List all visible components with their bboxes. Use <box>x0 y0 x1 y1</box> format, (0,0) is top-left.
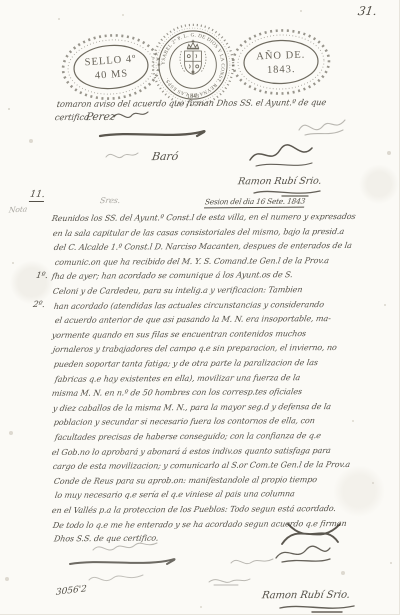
signature-secretary-bottom: Ramon Rubí Srio. <box>261 590 351 602</box>
signature-rubric <box>278 603 356 614</box>
manuscript-line: pueden soportar tanta fatiga; y de otra … <box>53 358 318 369</box>
manuscript-line: misma M. N. en n.º de 50 hombres con los… <box>51 387 302 398</box>
manuscript-line: fabricas q.e hay existentes en ella), mo… <box>54 373 301 384</box>
signature-rubric <box>85 570 147 586</box>
manuscript-line: en el Vallés p.a la proteccion de los Pu… <box>51 504 336 515</box>
manuscript-line: cargo de esta movilizacion; y comunicarl… <box>52 460 351 471</box>
manuscript-line: el Gob.no lo aprobará y abonará á estos … <box>51 446 331 457</box>
signature-rubric <box>272 543 334 565</box>
manuscript-line: comunic.on que ha recibido del M. Y. S. … <box>54 256 329 267</box>
signature-rubric <box>228 554 276 568</box>
manuscript-line: jornaleros y trabajadores del campo q.e … <box>52 343 337 354</box>
manuscript-line: facultades precisas de haberse conseguid… <box>54 431 321 442</box>
manuscript-line: Celoni y de Cardedeu, para su intelig.a … <box>52 285 303 296</box>
manuscript-line: lo muy necesario q.e sería el q.e vinies… <box>54 490 295 501</box>
manuscript-line: Reunidos los SS. del Ayunt.º Const.l de … <box>51 212 356 223</box>
flourish-dash <box>68 554 183 570</box>
signature-rubric <box>90 540 160 555</box>
manuscript-line: y diez caballos de la misma M. N., para … <box>52 402 331 413</box>
manuscript-line: el acuerdo anterior de que asi pasando l… <box>54 314 331 325</box>
signature-rubric <box>206 574 252 587</box>
manuscript-line: fha de ayer; han acordado se comunique á… <box>51 271 293 282</box>
manuscript-line: han acordado (atendidas las actuales cir… <box>53 300 325 311</box>
manuscript-line: yormente quando en sus filas se encuentr… <box>51 329 307 340</box>
manuscript-line: Conde de Reus para su aprob.on: manifest… <box>53 475 318 486</box>
manuscript-line: del C. Alcalde 1.º Const.l D. Narciso Ma… <box>53 241 352 252</box>
manuscript-page: 31. SELLO 4º 40 MS YSABEL 2ª P. L. G. DE… <box>0 0 400 615</box>
manuscript-line: poblacion y secundar si necesario fuera … <box>53 416 315 427</box>
manuscript-line: en la sala capitular de las casas consis… <box>52 227 345 238</box>
